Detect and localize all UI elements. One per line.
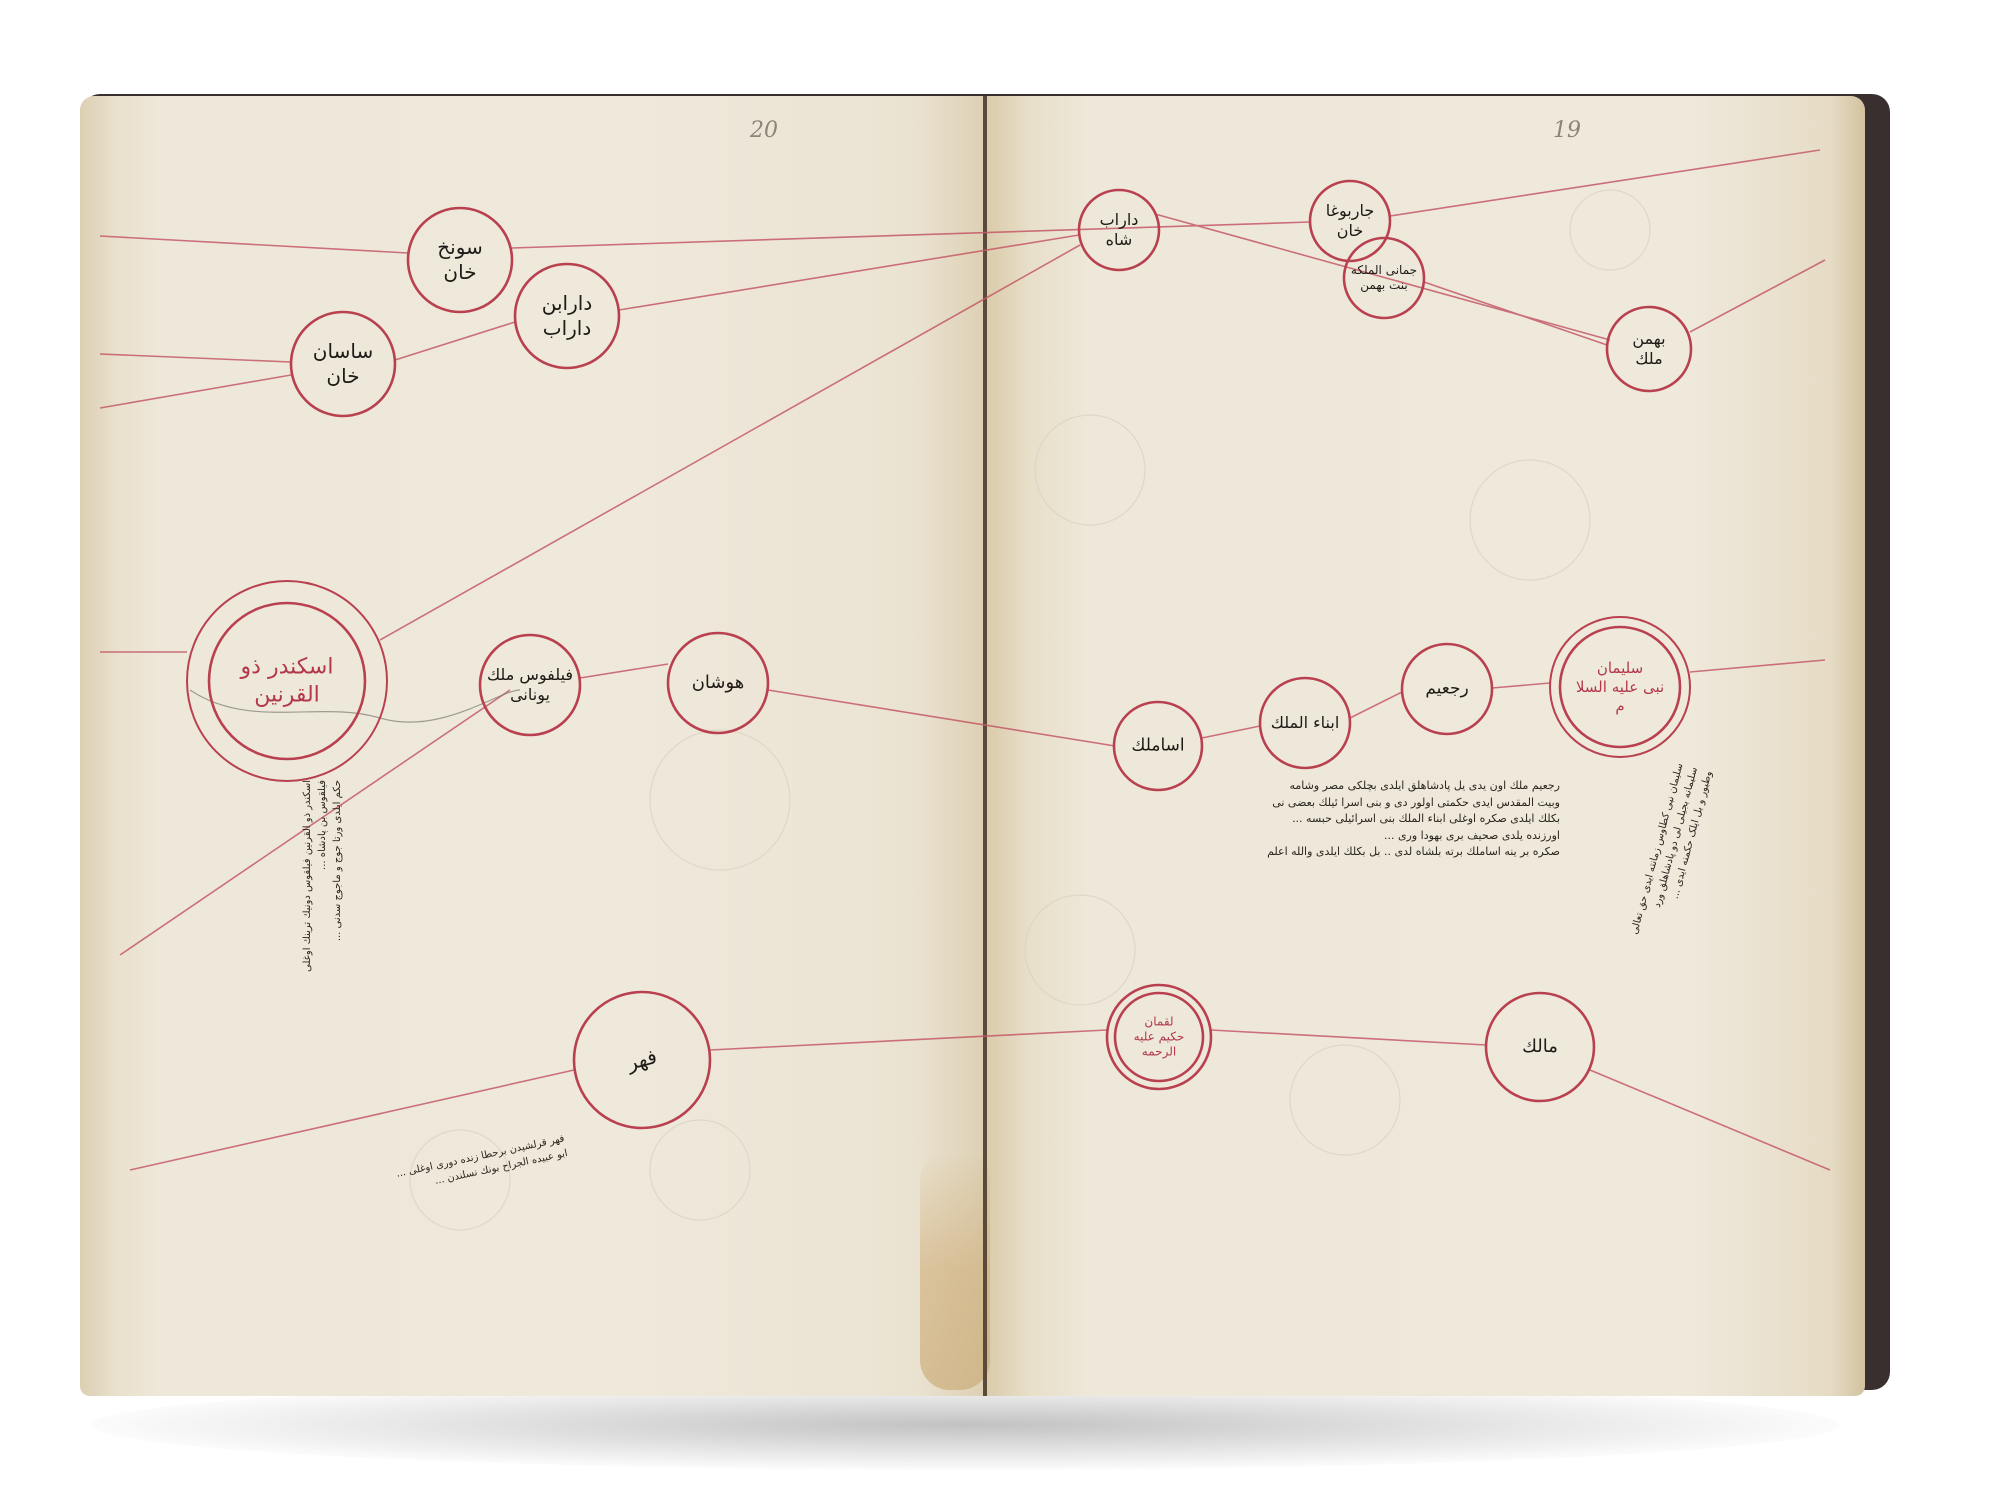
note-line: بکلك ایلدی صکره اوغلی ابناء الملك بنی اس… xyxy=(1180,811,1560,828)
node-line: اسکندر ذو xyxy=(241,654,334,682)
node-line: القرنین xyxy=(241,681,334,709)
node-line: شاه xyxy=(1100,230,1139,250)
node-sasan-khan: ساسان خان xyxy=(313,339,373,389)
node-line: م xyxy=(1576,696,1664,715)
node-bahman-malik: بهمن ملك xyxy=(1632,329,1665,369)
note-line: اورزنده یلدی صحیف بری بهودا وری ... xyxy=(1180,828,1560,845)
node-line: حکیم علیه xyxy=(1134,1030,1185,1045)
node-asamalik: اساملك xyxy=(1131,735,1184,756)
node-line: سلیمان xyxy=(1576,659,1664,678)
node-line: اساملك xyxy=(1131,735,1184,756)
node-line: مالك xyxy=(1522,1036,1558,1059)
node-line: جاربوغا xyxy=(1326,201,1374,221)
node-line: یونانی xyxy=(487,685,573,705)
node-line: خان xyxy=(313,364,373,389)
node-line: ملك xyxy=(1632,349,1665,369)
node-line: الرحمه xyxy=(1134,1045,1185,1060)
note-line: وبیت المقدس ایدی حکمتی اولور دی و بنی اس… xyxy=(1180,795,1560,812)
node-line: رجعیم xyxy=(1425,678,1468,699)
node-jamani-malika: جمانی الملکه بنت بهمن xyxy=(1351,263,1417,293)
note-line: صکره بر ینه اساملك برته بلشاه لدی .. بل … xyxy=(1180,844,1560,861)
node-jarbugha-khan: جاربوغا خان xyxy=(1326,201,1374,241)
node-line: داراب xyxy=(1100,210,1139,230)
node-line: لقمان xyxy=(1134,1015,1185,1030)
note-line: اسکندر ذو القرنین فیلقوس دونیك ترینك اوغ… xyxy=(300,780,315,1120)
node-hushan: هوشان xyxy=(692,672,745,695)
node-line: خان xyxy=(1326,221,1374,241)
photo-stage: 20 19 xyxy=(0,0,2000,1508)
node-line: داراب xyxy=(542,316,592,341)
node-abna-malik: ابناء الملك xyxy=(1271,713,1340,733)
node-line: دارابن xyxy=(542,291,592,316)
node-iskandar: اسکندر ذو القرنین xyxy=(241,654,334,709)
node-sonkh-khan: سونخ خان xyxy=(437,235,483,285)
node-line: بهمن xyxy=(1632,329,1665,349)
node-line: نبی علیه السلا xyxy=(1576,678,1664,697)
node-line: ساسان xyxy=(313,339,373,364)
note-line: حکم ایلدی ورتا جوج و ماجوج سدنی ... xyxy=(330,780,345,1120)
note-iskandar: اسکندر ذو القرنین فیلقوس دونیك ترینك اوغ… xyxy=(300,780,345,1120)
node-darab-shah: داراب شاه xyxy=(1100,210,1139,250)
node-dara-ibn-darab: دارابن داراب xyxy=(542,291,592,341)
node-line: خان xyxy=(437,260,483,285)
node-line: سونخ xyxy=(437,235,483,260)
node-suleiman: سلیمان نبی علیه السلا م xyxy=(1576,659,1664,715)
note-line: رجعیم ملك اون یدی یل پادشاهلق ایلدی بچلک… xyxy=(1180,778,1560,795)
node-line: ابناء الملك xyxy=(1271,713,1340,733)
node-line: بنت بهمن xyxy=(1351,278,1417,293)
node-line: فیلفوس ملك xyxy=(487,665,573,685)
node-line: جمانی الملکه xyxy=(1351,263,1417,278)
node-luqman: لقمان حکیم علیه الرحمه xyxy=(1134,1015,1185,1060)
note-rajaim: رجعیم ملك اون یدی یل پادشاهلق ایلدی بچلک… xyxy=(1180,778,1560,861)
node-line: هوشان xyxy=(692,672,745,695)
node-rajaim: رجعیم xyxy=(1425,678,1468,699)
node-filfus: فیلفوس ملك یونانی xyxy=(487,665,573,705)
genealogy-lines xyxy=(0,0,2000,1508)
note-line: فیلقوس بن پادشاه ... xyxy=(315,780,330,1120)
node-malik: مالك xyxy=(1522,1036,1558,1059)
